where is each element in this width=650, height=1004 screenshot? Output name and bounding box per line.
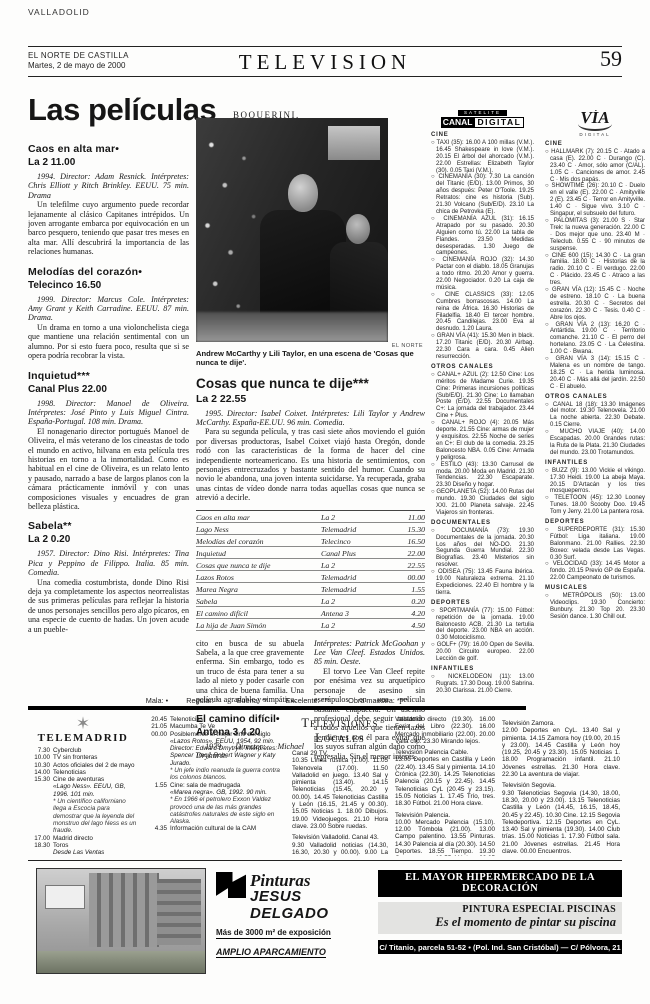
via-digital-logo: VÍA DIGITAL	[545, 110, 645, 137]
table-row: Cosas que nunca te dije La 2 22.55	[196, 559, 425, 571]
schedule-time: 4.35	[145, 825, 170, 832]
listing-line: ○ CANAL+ ROJO (4): 20.05 Más deporte. 21…	[431, 420, 534, 461]
legend-item: Excelente: ***	[286, 696, 331, 705]
canal-satelite-digital-column: SATELITE CANALDIGITAL CINE○ TAXI (35): 1…	[431, 110, 534, 704]
csd-listing: CINE○ TAXI (35): 16.00 A 100 millas (V.M…	[431, 132, 534, 695]
film-title-cell: La hija de Juan Simón	[196, 621, 321, 630]
review-heading: Inquietud***	[28, 370, 189, 382]
telemadrid-logo: ✶ TELEMADRID	[28, 716, 138, 744]
ad-address-bar: C/ Titanio, parcela 51-52 • (Pol. Ind. S…	[378, 940, 622, 954]
masthead-rule-top	[28, 46, 622, 47]
schedule-time	[145, 796, 170, 825]
locales-column-1: Televisiones Locales Canal 29 TV.10.35 L…	[292, 716, 388, 856]
schedule-text: Información cultural de la CAM	[170, 825, 285, 832]
listing-line: OTROS CANALES	[545, 394, 645, 401]
locales-listing-2: Valladolid directo (19.30). 16.00 Feria …	[395, 716, 495, 856]
film-review: Inquietud*** Canal Plus 22.00 1998. Dire…	[28, 370, 189, 512]
locales-listing-3: Televisión Zamora.12.00 Deportes en CyL.…	[502, 720, 620, 855]
film-time-cell: 15.30	[393, 525, 425, 534]
camino-credits-b: Intérpretes: Patrick McGoohan y Lee Van …	[314, 639, 425, 667]
film-review: Melodías del corazón• Telecinco 16.50 19…	[28, 266, 189, 361]
ad-photo-building	[89, 873, 159, 947]
table-row: El camino difícil Antena 3 4.20	[196, 607, 425, 619]
review-credits: 1957. Director: Dino Risi. Intérpretes: …	[28, 549, 189, 577]
listing-line: ○ ESTILO (43): 13.30 Carrusel de moda. 2…	[431, 462, 534, 490]
schedule-time	[28, 798, 53, 834]
table-row: Lago Ness Telemadrid 15.30	[196, 523, 425, 535]
schedule-row: «Lazos Rotos». EEUU, 1954, 92 min. Direc…	[145, 738, 285, 767]
film-channel-cell: Antena 3	[321, 609, 393, 618]
schedule-text: Posiblemente el mejor cine del siglo	[170, 731, 285, 738]
main-article-body: Para su segunda película, y tras casi si…	[196, 427, 425, 502]
schedule-row: «Marea negra». GB, 1992. 90 min.	[145, 789, 285, 796]
schedule-time: 10.30	[28, 762, 53, 769]
listing-line: OTROS CANALES	[431, 364, 534, 371]
film-title-cell: Lazos Rotos	[196, 573, 321, 582]
via-digital-column: VÍA DIGITAL CINE○ HALLMARK (7): 20.15 C …	[545, 110, 645, 704]
via-listing: CINE○ HALLMARK (7): 20.15 C · Atado a ca…	[545, 141, 645, 621]
page-number: 59	[600, 46, 622, 72]
ad-photo-sign	[45, 885, 85, 909]
reviews-column-left: Caos en alta mar• La 2 11.00 1994. Direc…	[28, 134, 189, 700]
film-review: Caos en alta mar• La 2 11.00 1994. Direc…	[28, 143, 189, 257]
film-title-cell: Lago Ness	[196, 525, 321, 534]
listing-line: ○ HALLMARK (7): 20.15 C · Atado a casa (…	[545, 149, 645, 184]
schedule-time: 20.45	[145, 716, 170, 723]
edition-label: VALLADOLID	[28, 7, 90, 17]
schedule-row: 4.35 Información cultural de la CAM	[145, 825, 285, 832]
schedule-time: 10.00	[28, 754, 53, 761]
listing-line: ○ BUZZ (9): 13.00 Vickie el vikingo. 17.…	[545, 468, 645, 496]
listing-line: ○ SUPERDEPORTE (31): 15.30 Fútbol: Liga …	[545, 527, 645, 562]
legend-item: Mala: •	[146, 696, 168, 705]
schedule-row: * Un jefe indio reanuda la guerra contra…	[145, 767, 285, 782]
legend-item: Buena: **	[237, 696, 268, 705]
listing-line: INFANTILES	[431, 666, 534, 673]
listing-line: ○ GRAN VÍA (41): 15.30 Men in black. 17.…	[431, 333, 534, 361]
advertisement: Pinturas JESUS DELGADO Más de 3000 m² de…	[36, 868, 622, 972]
ad-expo-line: Más de 3000 m² de exposición	[216, 928, 331, 939]
main-article-heading: Cosas que nunca te dije***	[196, 376, 425, 391]
schedule-time: 21.05	[145, 723, 170, 730]
locales-line: Canal 29 TV.	[292, 750, 388, 757]
film-time-cell: 22.55	[393, 561, 425, 570]
middle-column: EL NORTE Andrew McCarthy y Lili Taylor, …	[196, 118, 425, 761]
schedule-time: 7.30	[28, 747, 53, 754]
schedule-text: * En 1966 el petrolero Exxon Valdez prov…	[170, 796, 285, 825]
listing-line: INFANTILES	[545, 460, 645, 467]
masthead-rule-bottom	[28, 76, 622, 77]
schedule-text: Macumba Te Ve	[170, 723, 285, 730]
listing-line: ○ VELOCIDAD (33): 14.45 Motor a fondo. 2…	[545, 561, 645, 582]
locales-column-2: Valladolid directo (19.30). 16.00 Feria …	[395, 716, 495, 856]
schedule-text: Madrid directo	[53, 835, 138, 842]
review-channel-time: La 2 11.00	[28, 157, 189, 168]
listing-line: ○ GRAN VÍA 2 (13): 16.20 C · Antártida. …	[545, 322, 645, 357]
section-title: TELEVISION	[0, 50, 650, 75]
schedule-row: «Lago Ness». EEUU, GB, 1996. 101 min.	[28, 783, 138, 798]
review-heading: Caos en alta mar•	[28, 143, 189, 155]
schedule-time: 1.55	[145, 782, 170, 789]
film-title-cell: Cosas que nunca te dije	[196, 561, 321, 570]
locales-listing-1: Canal 29 TV.10.35 Línea rústica (1.00). …	[292, 750, 388, 856]
listing-line: CINE	[545, 141, 645, 148]
film-time-cell: 00.00	[393, 573, 425, 582]
listing-line: ○ SHOWTIME (26): 20.10 C · Duelo en el v…	[545, 183, 645, 218]
csd-logo-tagline: SATELITE	[458, 110, 507, 116]
telemadrid-name: TELEMADRID	[38, 732, 129, 744]
ad-storefront-photo	[36, 868, 206, 974]
schedule-text: Actos oficiales del 2 de mayo	[53, 762, 138, 769]
listing-line: ○ ODISEA (75): 13.45 Fauna ibérica. 19.0…	[431, 569, 534, 597]
ad-photo-ground	[37, 951, 205, 973]
ad-photo-building-2	[157, 879, 201, 945]
review-channel-time: Canal Plus 22.00	[28, 384, 189, 395]
locales-line: Televisión Zamora.	[502, 720, 620, 727]
listing-line: ○ CANAL 18 (18): 13.30 Imágenes del moto…	[545, 402, 645, 430]
review-body: Una comedia costumbrista, donde Dino Ris…	[28, 578, 189, 634]
listing-line: ○ PALOMITAS (3): 21.00 S · Star Trek: la…	[545, 218, 645, 253]
photo-face-right	[346, 214, 370, 244]
film-channel-cell: La 2	[321, 513, 393, 522]
schedule-time: 17.00	[28, 835, 53, 842]
schedule-row: 00.00 Posiblemente el mejor cine del sig…	[145, 731, 285, 738]
table-row: Melodías del corazón Telecinco 16.50	[196, 535, 425, 547]
schedule-row: * Un científico californiano llega a Esc…	[28, 798, 138, 834]
film-channel-cell: Telemadrid	[321, 573, 393, 582]
section-title-text: TELEVISION	[239, 50, 411, 74]
televisiones-locales-header: Televisiones Locales	[292, 716, 388, 746]
bottom-listings-band: ✶ TELEMADRID 7.30 Cyberclub 10.00 TV sin…	[28, 716, 622, 856]
schedule-row: 7.30 Cyberclub	[28, 747, 138, 754]
listing-line: ○ DOCUMANÍA (73): 19.30 Documentales de …	[431, 528, 534, 569]
photo-window-highlight	[328, 126, 380, 160]
locales-column-3: Televisión Zamora.12.00 Deportes en CyL.…	[502, 716, 620, 856]
listing-line: ○ METRÓPOLIS (50): 13.00 Videoclips. 19.…	[545, 593, 645, 621]
review-credits: 1998. Director: Manoel de Oliveira. Inté…	[28, 399, 189, 427]
schedule-row: 18.30 Toros	[28, 842, 138, 849]
telemadrid-column-1: ✶ TELEMADRID 7.30 Cyberclub 10.00 TV sin…	[28, 716, 138, 856]
film-time-cell: 4.20	[393, 609, 425, 618]
schedule-text: Telenoticias	[53, 769, 138, 776]
table-row: La hija de Juan Simón La 2 4.50	[196, 619, 425, 631]
newspaper-page: VALLADOLID EL NORTE DE CASTILLA Martes, …	[0, 0, 650, 1004]
schedule-text: Cine: sala de madrugada	[170, 782, 285, 789]
schedule-time: 00.00	[145, 731, 170, 738]
ad-banner: EL MAYOR HIPERMERCADO DE LA DECORACIÓN	[378, 870, 622, 897]
canal-satelite-digital-logo: SATELITE CANALDIGITAL	[431, 110, 534, 128]
review-credits: 1994. Director: Adam Resnick. Intérprete…	[28, 172, 189, 200]
locales-line: 13.00 Deportes en Castilla y León (22.40…	[395, 756, 495, 807]
schedule-row: 17.00 Madrid directo	[28, 835, 138, 842]
locales-line: Televisión Palencia Cable.	[395, 749, 495, 756]
schedule-text: Toros	[53, 842, 138, 849]
film-time-cell: 16.50	[393, 537, 425, 546]
ad-separator-rule	[28, 860, 622, 861]
film-channel-cell: Telemadrid	[321, 525, 393, 534]
listing-line: ○ CANAL+ AZUL (2): 12.50 Cine: Los mérit…	[431, 372, 534, 420]
film-time-cell: 22.00	[393, 549, 425, 558]
csd-logo-canal: CANAL	[441, 117, 475, 128]
listing-line: MUSICALES	[545, 585, 645, 592]
listing-line: ○ CINEMANÍA (30): 7.30 La canción del Ti…	[431, 174, 534, 215]
schedule-row: 15.30 Cine de aventuras	[28, 776, 138, 783]
csd-logo-row: CANALDIGITAL	[441, 117, 525, 128]
film-title-cell: Marea Negra	[196, 585, 321, 594]
schedule-row: 1.55 Cine: sala de madrugada	[145, 782, 285, 789]
photo-caption: Andrew McCarthy y Lili Taylor, en una es…	[196, 350, 425, 368]
telemadrid-star-icon: ✶	[76, 716, 90, 732]
csd-logo-digital: DIGITAL	[474, 117, 524, 128]
schedule-time: 18.30	[28, 842, 53, 849]
listing-line: DEPORTES	[545, 519, 645, 526]
schedule-text: «Lazos Rotos». EEUU, 1954, 92 min. Direc…	[170, 738, 285, 767]
film-time-cell: 1.55	[393, 585, 425, 594]
film-still-photo	[196, 118, 388, 342]
schedule-time	[145, 767, 170, 782]
via-logo-swoosh-icon	[578, 122, 612, 131]
review-body: El nonagenario director portugués Manoel…	[28, 427, 189, 512]
schedule-text: Desde Las Ventas	[53, 849, 138, 856]
listing-line: CINE	[431, 132, 534, 139]
schedule-time: 14.00	[28, 769, 53, 776]
review-body: Un drama en torno a una violonchelista c…	[28, 323, 189, 361]
schedule-text: * Un científico californiano llega a Esc…	[53, 798, 138, 834]
table-row: Inquietud Canal Plus 22.00	[196, 547, 425, 559]
schedule-time	[145, 789, 170, 796]
telemadrid-column-2: 20.45 Telenoticias 21.05 Macumba Te Ve 0…	[145, 716, 285, 856]
listing-line: ○ CINE CLASSICS (33): 12.05 Cumbres borr…	[431, 292, 534, 333]
film-title-cell: Sabela	[196, 597, 321, 606]
schedule-row: 20.45 Telenoticias	[145, 716, 285, 723]
review-credits: 1999. Director: Marcus Cole. Intérpretes…	[28, 295, 189, 323]
schedule-text: Telenoticias	[170, 716, 285, 723]
film-time-cell: 11.00	[393, 513, 425, 522]
review-body: Un telefilme cuyo argumento puede record…	[28, 200, 189, 256]
sabela-continuation: cito en busca de su abuela Sabela, a la …	[196, 639, 304, 705]
review-heading: Melodías del corazón•	[28, 266, 189, 278]
ad-brand-glyph-icon	[216, 872, 246, 898]
schedule-text: * Un jefe indio reanuda la guerra contra…	[170, 767, 285, 782]
thick-divider-rule	[28, 706, 526, 710]
film-title-cell: Inquietud	[196, 549, 321, 558]
film-channel-cell: Telecinco	[321, 537, 393, 546]
listing-line: ○ CINE 600 (15): 14.30 C · La gran famil…	[545, 253, 645, 288]
main-article-credits: 1995. Director: Isabel Coixet. Intérpret…	[196, 409, 425, 428]
locales-line: Valladolid directo (19.30). 16.00 Feria …	[395, 716, 495, 745]
review-heading: Sabela**	[28, 520, 189, 532]
ad-brand-text: Pinturas JESUS DELGADO	[250, 872, 368, 922]
telemadrid-schedule-b: 20.45 Telenoticias 21.05 Macumba Te Ve 0…	[145, 716, 285, 833]
films-schedule-table: Caos en alta mar La 2 11.00 Lago Ness Te…	[196, 510, 425, 631]
main-article-channel-time: La 2 22.55	[196, 393, 425, 405]
schedule-row: 10.30 Actos oficiales del 2 de mayo	[28, 762, 138, 769]
review-channel-time: La 2 0.20	[28, 534, 189, 545]
listing-line: ○ CINEMANÍA AZUL (31): 16.15 Atrapado po…	[431, 216, 534, 257]
listing-line: ○ GRAN VÍA 3 (14): 15.15 C · Malena es u…	[545, 356, 645, 391]
schedule-time	[28, 849, 53, 856]
schedule-row: 21.05 Macumba Te Ve	[145, 723, 285, 730]
listing-line: ○ GOLF+ (79): 16.00 Open de Sevilla. 20.…	[431, 642, 534, 663]
schedule-text: «Lago Ness». EEUU, GB, 1996. 101 min.	[53, 783, 138, 798]
schedule-text: TV sin fronteras	[53, 754, 138, 761]
film-channel-cell: La 2	[321, 561, 393, 570]
schedule-text: Cine de aventuras	[53, 776, 138, 783]
ad-brand-block: Pinturas JESUS DELGADO Más de 3000 m² de…	[216, 868, 368, 972]
listing-line: ○ GEOPLANETA (52): 14.00 Rutas del mundo…	[431, 489, 534, 517]
ad-offer-title: PINTURA ESPECIAL PISCINAS	[384, 904, 616, 915]
film-review: Sabela** La 2 0.20 1957. Director: Dino …	[28, 520, 189, 634]
photo-foreground	[196, 312, 388, 342]
film-channel-cell: Canal Plus	[321, 549, 393, 558]
listing-line: ○ SPORTMANÍA (77): 15.00 Fútbol: repetic…	[431, 608, 534, 643]
table-row: Marea Negra Telemadrid 1.55	[196, 583, 425, 595]
table-row: Sabela La 2 0.20	[196, 595, 425, 607]
listing-line: ○ MUCHO VIAJE (40): 14.00 Escapadas. 20.…	[545, 429, 645, 457]
listing-line: ○ TELETOON (45): 12.30 Looney Tunes. 18.…	[545, 495, 645, 516]
film-channel-cell: Telemadrid	[321, 585, 393, 594]
locales-line: 10.35 Línea rústica (1.00). 11.05 Teleno…	[292, 757, 388, 830]
ad-offer-block: EL MAYOR HIPERMERCADO DE LA DECORACIÓN P…	[378, 868, 622, 972]
locales-line: Televisión Palencia.	[395, 812, 495, 819]
telemadrid-schedule-a: 7.30 Cyberclub 10.00 TV sin fronteras 10…	[28, 747, 138, 856]
review-channel-time: Telecinco 16.50	[28, 280, 189, 291]
locales-line: Televisión Valladolid. Canal 43.	[292, 834, 388, 841]
locales-line: Televisión Segovia.	[502, 782, 620, 789]
listing-line: DEPORTES	[431, 600, 534, 607]
ad-parking-line: AMPLIO APARCAMIENTO	[216, 947, 326, 958]
ad-offer-box: PINTURA ESPECIAL PISCINAS Es el momento …	[378, 902, 622, 934]
ad-brand-name: JESUS DELGADO	[250, 888, 368, 922]
film-time-cell: 0.20	[393, 597, 425, 606]
listing-line: ○ CINEMANÍA ROJO (32): 14.30 Pactar con …	[431, 257, 534, 292]
legend-item: Obra maestra: ****	[348, 696, 408, 705]
film-channel-cell: La 2	[321, 597, 393, 606]
schedule-text: Cyberclub	[53, 747, 138, 754]
schedule-row: Desde Las Ventas	[28, 849, 138, 856]
film-channel-cell: La 2	[321, 621, 393, 630]
listing-line: DOCUMENTALES	[431, 520, 534, 527]
film-title-cell: El camino difícil	[196, 609, 321, 618]
listing-line: ○ GRAN VÍA (12): 15.45 C · Noche de estr…	[545, 287, 645, 322]
film-time-cell: 4.50	[393, 621, 425, 630]
film-title-cell: Melodías del corazón	[196, 537, 321, 546]
via-logo-sub: DIGITAL	[579, 132, 610, 137]
table-row: Lazos Rotos Telemadrid 00.00	[196, 571, 425, 583]
schedule-time	[145, 738, 170, 767]
film-title-cell: Caos en alta mar	[196, 513, 321, 522]
listing-line: ○ NICKELODEON (11): 13.00 Rugrats. 17.30…	[431, 674, 534, 695]
ad-offer-slogan: Es el momento de pintar su piscina	[384, 915, 616, 930]
schedule-time: 15.30	[28, 776, 53, 783]
feature-title: Las películas	[28, 92, 216, 128]
schedule-row: 10.00 TV sin fronteras	[28, 754, 138, 761]
locales-line: 9.30 Telenoticias Segovia (14.30, 18.00,…	[502, 790, 620, 856]
schedule-row: * En 1966 el petrolero Exxon Valdez prov…	[145, 796, 285, 825]
legend-item: Regular: *	[186, 696, 218, 705]
photo-face-left	[288, 174, 318, 212]
listing-line: ○ TAXI (35): 16.00 A 100 millas (V.M.). …	[431, 140, 534, 175]
table-row: Caos en alta mar La 2 11.00	[196, 511, 425, 523]
ad-logo-row: Pinturas JESUS DELGADO	[216, 872, 368, 922]
locales-line: 12.00 Deportes en CyL. 13.40 Sal y pimie…	[502, 727, 620, 778]
schedule-text: «Marea negra». GB, 1992. 90 min.	[170, 789, 285, 796]
locales-line: 10.00 Mercado Palencia (15.10). 12.00 Tó…	[395, 819, 495, 856]
schedule-row: 14.00 Telenoticias	[28, 769, 138, 776]
locales-line: 9.30 Valladolid noticias (14.30, 16.30, …	[292, 842, 388, 856]
schedule-time	[28, 783, 53, 798]
